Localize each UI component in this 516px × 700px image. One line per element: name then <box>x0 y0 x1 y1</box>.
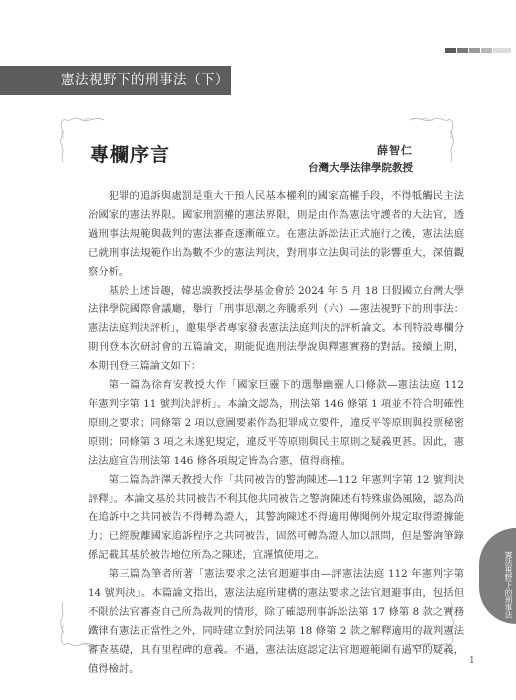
header-decoration-bars <box>445 48 511 53</box>
paragraph: 第一篇為徐育安教授大作「國家巨靈下的選舉幽靈人口條款—憲法法庭 112 年憲判字… <box>88 376 464 471</box>
paragraph: 基於上述旨趣，韓忠謨教授法學基金會於 2024 年 5 月 18 日假國立台灣大… <box>88 282 464 377</box>
author-affiliation: 台灣大學法律學院教授 <box>308 160 413 177</box>
column-title: 專欄序言 <box>90 140 170 167</box>
corner-flourish-top-right-icon <box>408 114 456 164</box>
paragraph: 第三篇為筆者所著「憲法要求之法官迴避事由—評憲法法庭 112 年憲判字第 14 … <box>88 565 464 678</box>
paragraph: 第二篇為許澤天教授大作「共同被告的警詢陳述—112 年憲判字第 12 號判決評釋… <box>88 471 464 566</box>
chapter-side-tab-label: 憲法視野下的刑事法（下） <box>483 551 513 641</box>
decoration-bar <box>445 48 456 53</box>
decoration-bar <box>493 48 511 53</box>
series-header-band: 憲法視野下的刑事法（下） <box>0 66 231 95</box>
body-text: 犯罪的追訴與處罰是重大干預人民基本權利的國家高權手段，不得牴觸民主法治國家的憲法… <box>88 187 464 679</box>
decoration-bar <box>469 48 480 53</box>
decoration-bar <box>457 48 468 53</box>
paragraph: 犯罪的追訴與處罰是重大干預人民基本權利的國家高權手段，不得牴觸民主法治國家的憲法… <box>88 187 464 282</box>
decoration-bar <box>481 48 492 53</box>
page-number: 1 <box>469 656 475 666</box>
series-title: 憲法視野下的刑事法（下） <box>61 66 229 95</box>
author-block: 薛智仁 台灣大學法律學院教授 <box>308 142 413 177</box>
author-name: 薛智仁 <box>308 142 413 159</box>
